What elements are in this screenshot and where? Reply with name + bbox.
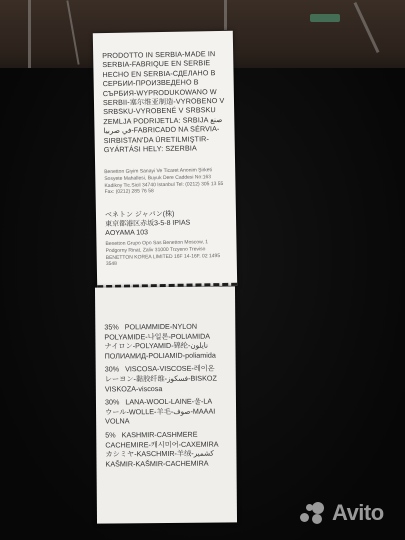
avito-watermark: Avito — [300, 500, 384, 526]
care-label-bottom: 35% POLIAMMIDE-NYLON POLYAMIDE-나일론-POLIA… — [95, 286, 237, 523]
care-label-top: PRODOTTO IN SERBIA-MADE IN SERBIA-FABRIQ… — [93, 31, 237, 288]
composition-item: 30% VISCOSA-VISCOSE-레이온 レーヨン-黏胶纤维-فسكوز-… — [105, 364, 230, 394]
composition-item: 30% LANA-WOOL-LAINE-울-LA ウール-WOLLE-羊毛-صو… — [105, 397, 230, 427]
background-wire — [224, 0, 227, 30]
background-wire — [354, 2, 380, 53]
avito-brand-text: Avito — [332, 500, 384, 526]
composition-item: 35% POLIAMMIDE-NYLON POLYAMIDE-나일론-POLIA… — [104, 321, 229, 360]
origin-text: PRODOTTO IN SERBIA-MADE IN SERBIA-FABRIQ… — [102, 49, 229, 155]
avito-dots-icon — [300, 502, 328, 524]
composition-item: 5% KASHMIR-CASHMERE CACHEMIRE-캐시미어-CAXEM… — [105, 429, 230, 468]
background-wire — [66, 0, 79, 64]
distributor-text: Benetton Grupo Opo Sas Benetton Moscow, … — [105, 239, 230, 268]
background-object — [310, 14, 340, 22]
importer-text: Benetton Giyim Sanayi Ve Ticaret Anonim … — [104, 167, 229, 196]
japan-distributor-text: ベネトン ジャパン(株) 東京都港区赤坂3-5-8 IPIAS AOYAMA 1… — [105, 209, 230, 238]
composition-list: 35% POLIAMMIDE-NYLON POLYAMIDE-나일론-POLIA… — [104, 321, 230, 472]
background-wire — [28, 0, 31, 70]
